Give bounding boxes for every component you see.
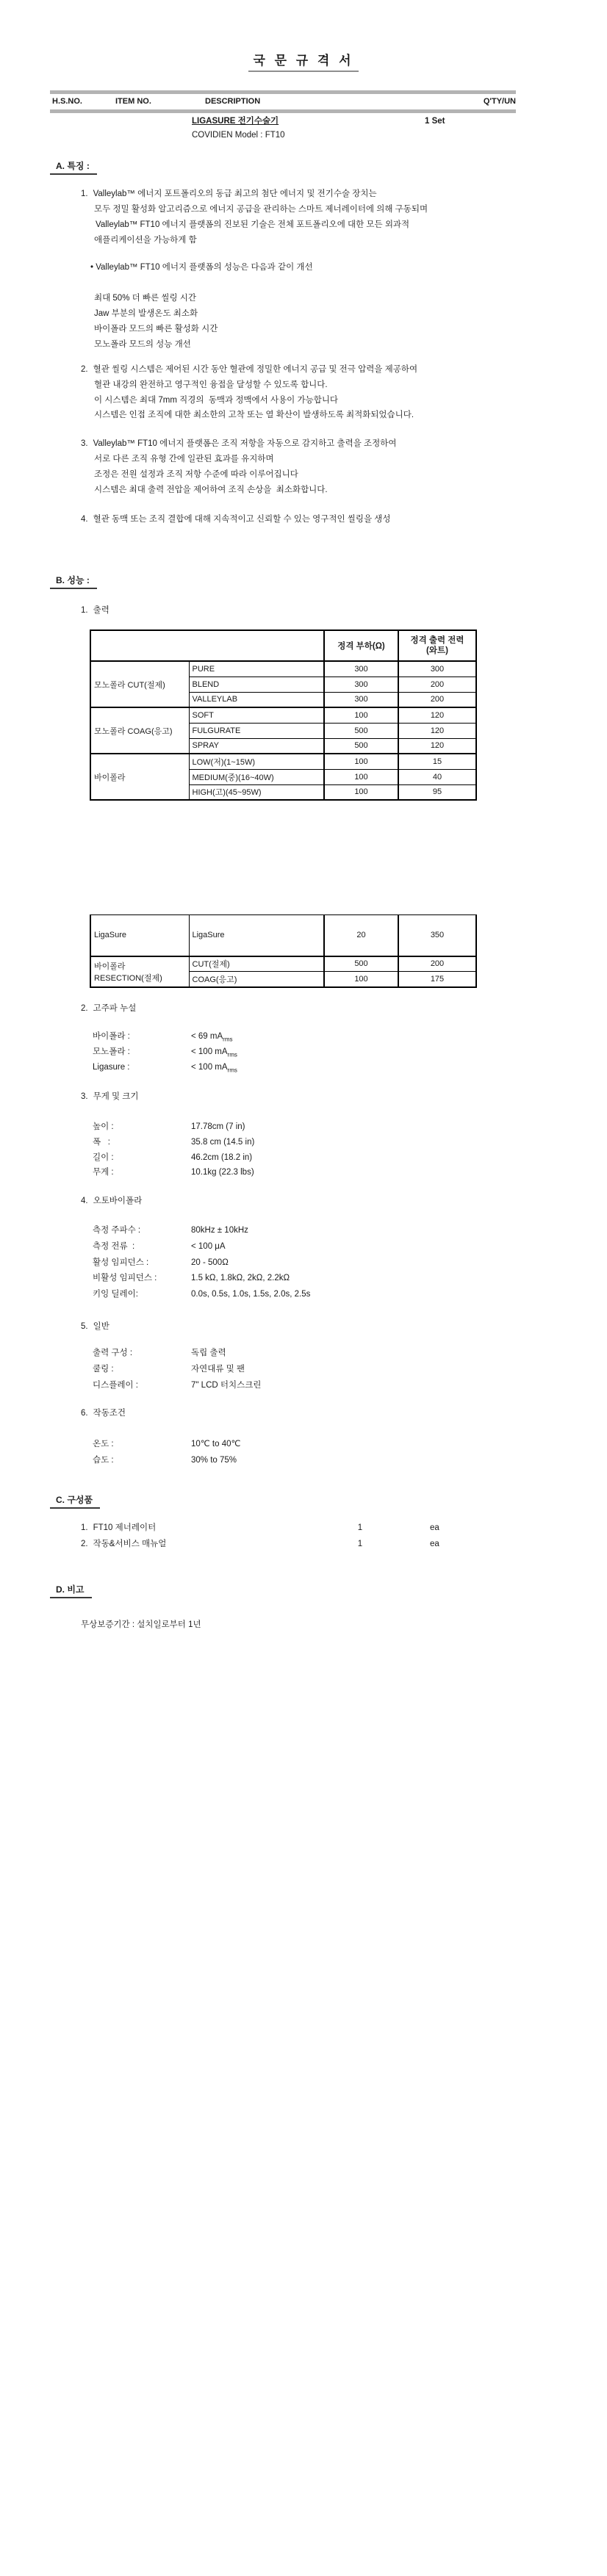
output-table-1-header-load: 정격 부하(Ω) bbox=[324, 630, 398, 661]
feature-item-1-line-1: 1.Valleylab™ 에너지 포트폴리오의 동급 최고의 첨단 에너지 및 … bbox=[81, 189, 377, 200]
table-row: LigaSure LigaSure 20 350 bbox=[90, 915, 476, 956]
general-row-display: 디스플레이 :7" LCD 터치스크린 bbox=[93, 1380, 261, 1391]
feature-item-3-line-4: 시스템은 최대 출력 전압을 제어하여 조직 손상을 최소화합니다. bbox=[94, 485, 328, 496]
feature-item-4-line-1: 4.혈관 동맥 또는 조직 결합에 대해 지속적이고 신뢰할 수 있는 영구적인… bbox=[81, 514, 391, 525]
output-table-1-header-empty bbox=[90, 630, 324, 661]
feature-item-2-line-1: 2.혈관 씰링 시스템은 제어된 시간 동안 혈관에 정밀한 에너지 공급 및 … bbox=[81, 364, 417, 375]
feature-item-3-line-3: 조정은 전원 설정과 조직 저항 수준에 따라 이루어집니다 bbox=[94, 469, 298, 480]
improvement-3: 바이폴라 모드의 빠른 활성화 시간 bbox=[94, 324, 218, 335]
table-row: 바이폴라 LOW(저)(1~15W) 100 15 bbox=[90, 754, 476, 769]
output-table-2: LigaSure LigaSure 20 350 바이폴라 RESECTION(… bbox=[90, 914, 477, 988]
feature-item-1-number: 1. bbox=[81, 189, 88, 200]
group-bipolar: 바이폴라 bbox=[90, 754, 189, 800]
document-page: 국 문 규 격 서 H.S.NO. ITEM NO. DESCRIPTION Q… bbox=[0, 0, 607, 2576]
table-row: 모노폴라 CUT(절제) PURE 300 300 bbox=[90, 661, 476, 677]
output-table-1: 정격 부하(Ω) 정격 출력 전력 (와트) 모노폴라 CUT(절제) PURE… bbox=[90, 629, 477, 801]
operating-row-humidity: 습도 :30% to 75% bbox=[93, 1455, 237, 1466]
leak-row-ligasure: Ligasure :< 100 mArms bbox=[93, 1062, 237, 1075]
output-table-1-header-row: 정격 부하(Ω) 정격 출력 전력 (와트) bbox=[90, 630, 476, 661]
component-item-2: 2.작동&서비스 매뉴얼 bbox=[81, 1539, 166, 1550]
feature-item-3-line-1: 3.Valleylab™ FT10 에너지 플랫폼은 조직 저항을 자동으로 감… bbox=[81, 439, 396, 450]
leak-row-monopolar: 모노폴라 :< 100 mArms bbox=[93, 1047, 237, 1060]
size-row-height: 높이 :17.78cm (7 in) bbox=[93, 1122, 245, 1133]
section-d-heading: D. 비고 bbox=[50, 1583, 92, 1598]
feature-item-2-line-2: 혈관 내강의 완전하고 영구적인 융접을 달성할 수 있도록 합니다. bbox=[94, 380, 328, 391]
output-table-1-header-power: 정격 출력 전력 (와트) bbox=[398, 630, 476, 661]
header-col-description: DESCRIPTION bbox=[205, 97, 260, 106]
sub-4-autobipolar-title: 4.오토바이폴라 bbox=[81, 1196, 142, 1207]
feature-item-2-number: 2. bbox=[81, 364, 88, 375]
page-title: 국 문 규 격 서 bbox=[0, 50, 607, 72]
group-monopolar-cut: 모노폴라 CUT(절제) bbox=[90, 661, 189, 707]
table-row: 바이폴라 RESECTION(절제) CUT(절제) 500 200 bbox=[90, 956, 476, 972]
section-a-heading: A. 특징 : bbox=[50, 159, 97, 175]
operating-row-temperature: 온도 :10℃ to 40℃ bbox=[93, 1439, 240, 1450]
group-monopolar-coag: 모노폴라 COAG(응고) bbox=[90, 707, 189, 754]
auto-row-active-impedance: 활성 임피던스 :20 - 500Ω bbox=[93, 1258, 229, 1269]
general-row-output-config: 출력 구성 :독립 출력 bbox=[93, 1348, 226, 1359]
auto-row-keying-delay: 키잉 딜레이:0.0s, 0.5s, 1.0s, 1.5s, 2.0s, 2.5… bbox=[93, 1289, 310, 1300]
table-row: 모노폴라 COAG(응고) SOFT 100 120 bbox=[90, 707, 476, 723]
feature-item-2-line-4: 시스템은 인접 조직에 대한 최소한의 고착 또는 열 확산이 발생하도록 최적… bbox=[94, 410, 414, 421]
group-bipolar-resection: 바이폴라 RESECTION(절제) bbox=[90, 956, 189, 987]
size-row-weight: 무게 :10.1kg (22.3 lbs) bbox=[93, 1167, 254, 1178]
size-row-width: 폭 :35.8 cm (14.5 in) bbox=[93, 1137, 254, 1148]
sub-3-size-title: 3.무게 및 크기 bbox=[81, 1092, 139, 1103]
sub-6-operating-title: 6.작동조건 bbox=[81, 1408, 126, 1419]
group-ligasure: LigaSure bbox=[90, 915, 189, 956]
auto-row-frequency: 측정 주파수 :80kHz ± 10kHz bbox=[93, 1225, 248, 1236]
component-item-2-unit: ea bbox=[430, 1539, 439, 1550]
header-col-qty: Q'TY/UN bbox=[463, 97, 516, 106]
sub-1-output-title: 1.출력 bbox=[81, 605, 109, 616]
item-description-line2: COVIDIEN Model : FT10 bbox=[192, 130, 285, 141]
component-item-1: 1.FT10 제너레이터 bbox=[81, 1523, 156, 1534]
feature-item-3-line-2: 서로 다른 조직 유형 간에 일관된 효과를 유지하며 bbox=[94, 454, 274, 465]
feature-item-1-line-4: 애플리케이션을 가능하게 함 bbox=[94, 235, 197, 246]
component-item-1-unit: ea bbox=[430, 1523, 439, 1534]
header-col-itemno: ITEM NO. bbox=[115, 97, 151, 106]
improvement-4: 모노폴라 모드의 성능 개선 bbox=[94, 339, 191, 350]
sub-5-general-title: 5.일반 bbox=[81, 1321, 109, 1332]
component-item-2-qty: 1 bbox=[353, 1539, 367, 1550]
item-qty: 1 Set bbox=[425, 116, 445, 127]
leak-row-bipolar: 바이폴라 :< 69 mArms bbox=[93, 1031, 232, 1045]
warranty-note: 무상보증기간 : 설치일로부터 1년 bbox=[81, 1620, 201, 1631]
header-bottom-bar bbox=[50, 109, 516, 113]
auto-row-current: 측정 전류 :< 100 μA bbox=[93, 1241, 226, 1252]
item-description-line1: LIGASURE 전기수술기 bbox=[192, 116, 279, 127]
header-top-bar bbox=[50, 90, 516, 94]
header-col-hsno: H.S.NO. bbox=[52, 97, 82, 106]
section-c-heading: C. 구성품 bbox=[50, 1493, 100, 1509]
feature-bullet: • Valleylab™ FT10 에너지 플랫폼의 성능은 다음과 같이 개선 bbox=[90, 262, 313, 273]
feature-item-1-line-3: Valleylab™ FT10 에너지 플랫폼의 진보된 기술은 전체 포트폴리… bbox=[96, 220, 409, 231]
size-row-length: 길이 :46.2cm (18.2 in) bbox=[93, 1152, 252, 1163]
section-b-heading: B. 성능 : bbox=[50, 574, 97, 589]
page-title-text: 국 문 규 격 서 bbox=[248, 50, 358, 72]
feature-item-2-line-3: 이 시스템은 최대 7mm 직경의 동맥과 정맥에서 사용이 가능합니다 bbox=[94, 395, 338, 406]
improvement-1: 최대 50% 더 빠른 씰링 시간 bbox=[94, 293, 196, 304]
component-item-1-qty: 1 bbox=[353, 1523, 367, 1534]
sub-2-leakage-title: 2.고주파 누설 bbox=[81, 1003, 136, 1014]
feature-item-4-number: 4. bbox=[81, 514, 88, 525]
feature-item-1-line-2: 모두 정밀 활성화 알고리즘으로 에너지 공급을 관리하는 스마트 제너레이터에… bbox=[94, 204, 428, 215]
feature-item-3-number: 3. bbox=[81, 439, 88, 450]
auto-row-inactive-impedance: 비활성 임피던스 :1.5 kΩ, 1.8kΩ, 2kΩ, 2.2kΩ bbox=[93, 1273, 290, 1284]
improvement-2: Jaw 부분의 발생온도 최소화 bbox=[94, 309, 198, 320]
general-row-cooling: 쿨링 :자연대류 및 팬 bbox=[93, 1364, 245, 1375]
